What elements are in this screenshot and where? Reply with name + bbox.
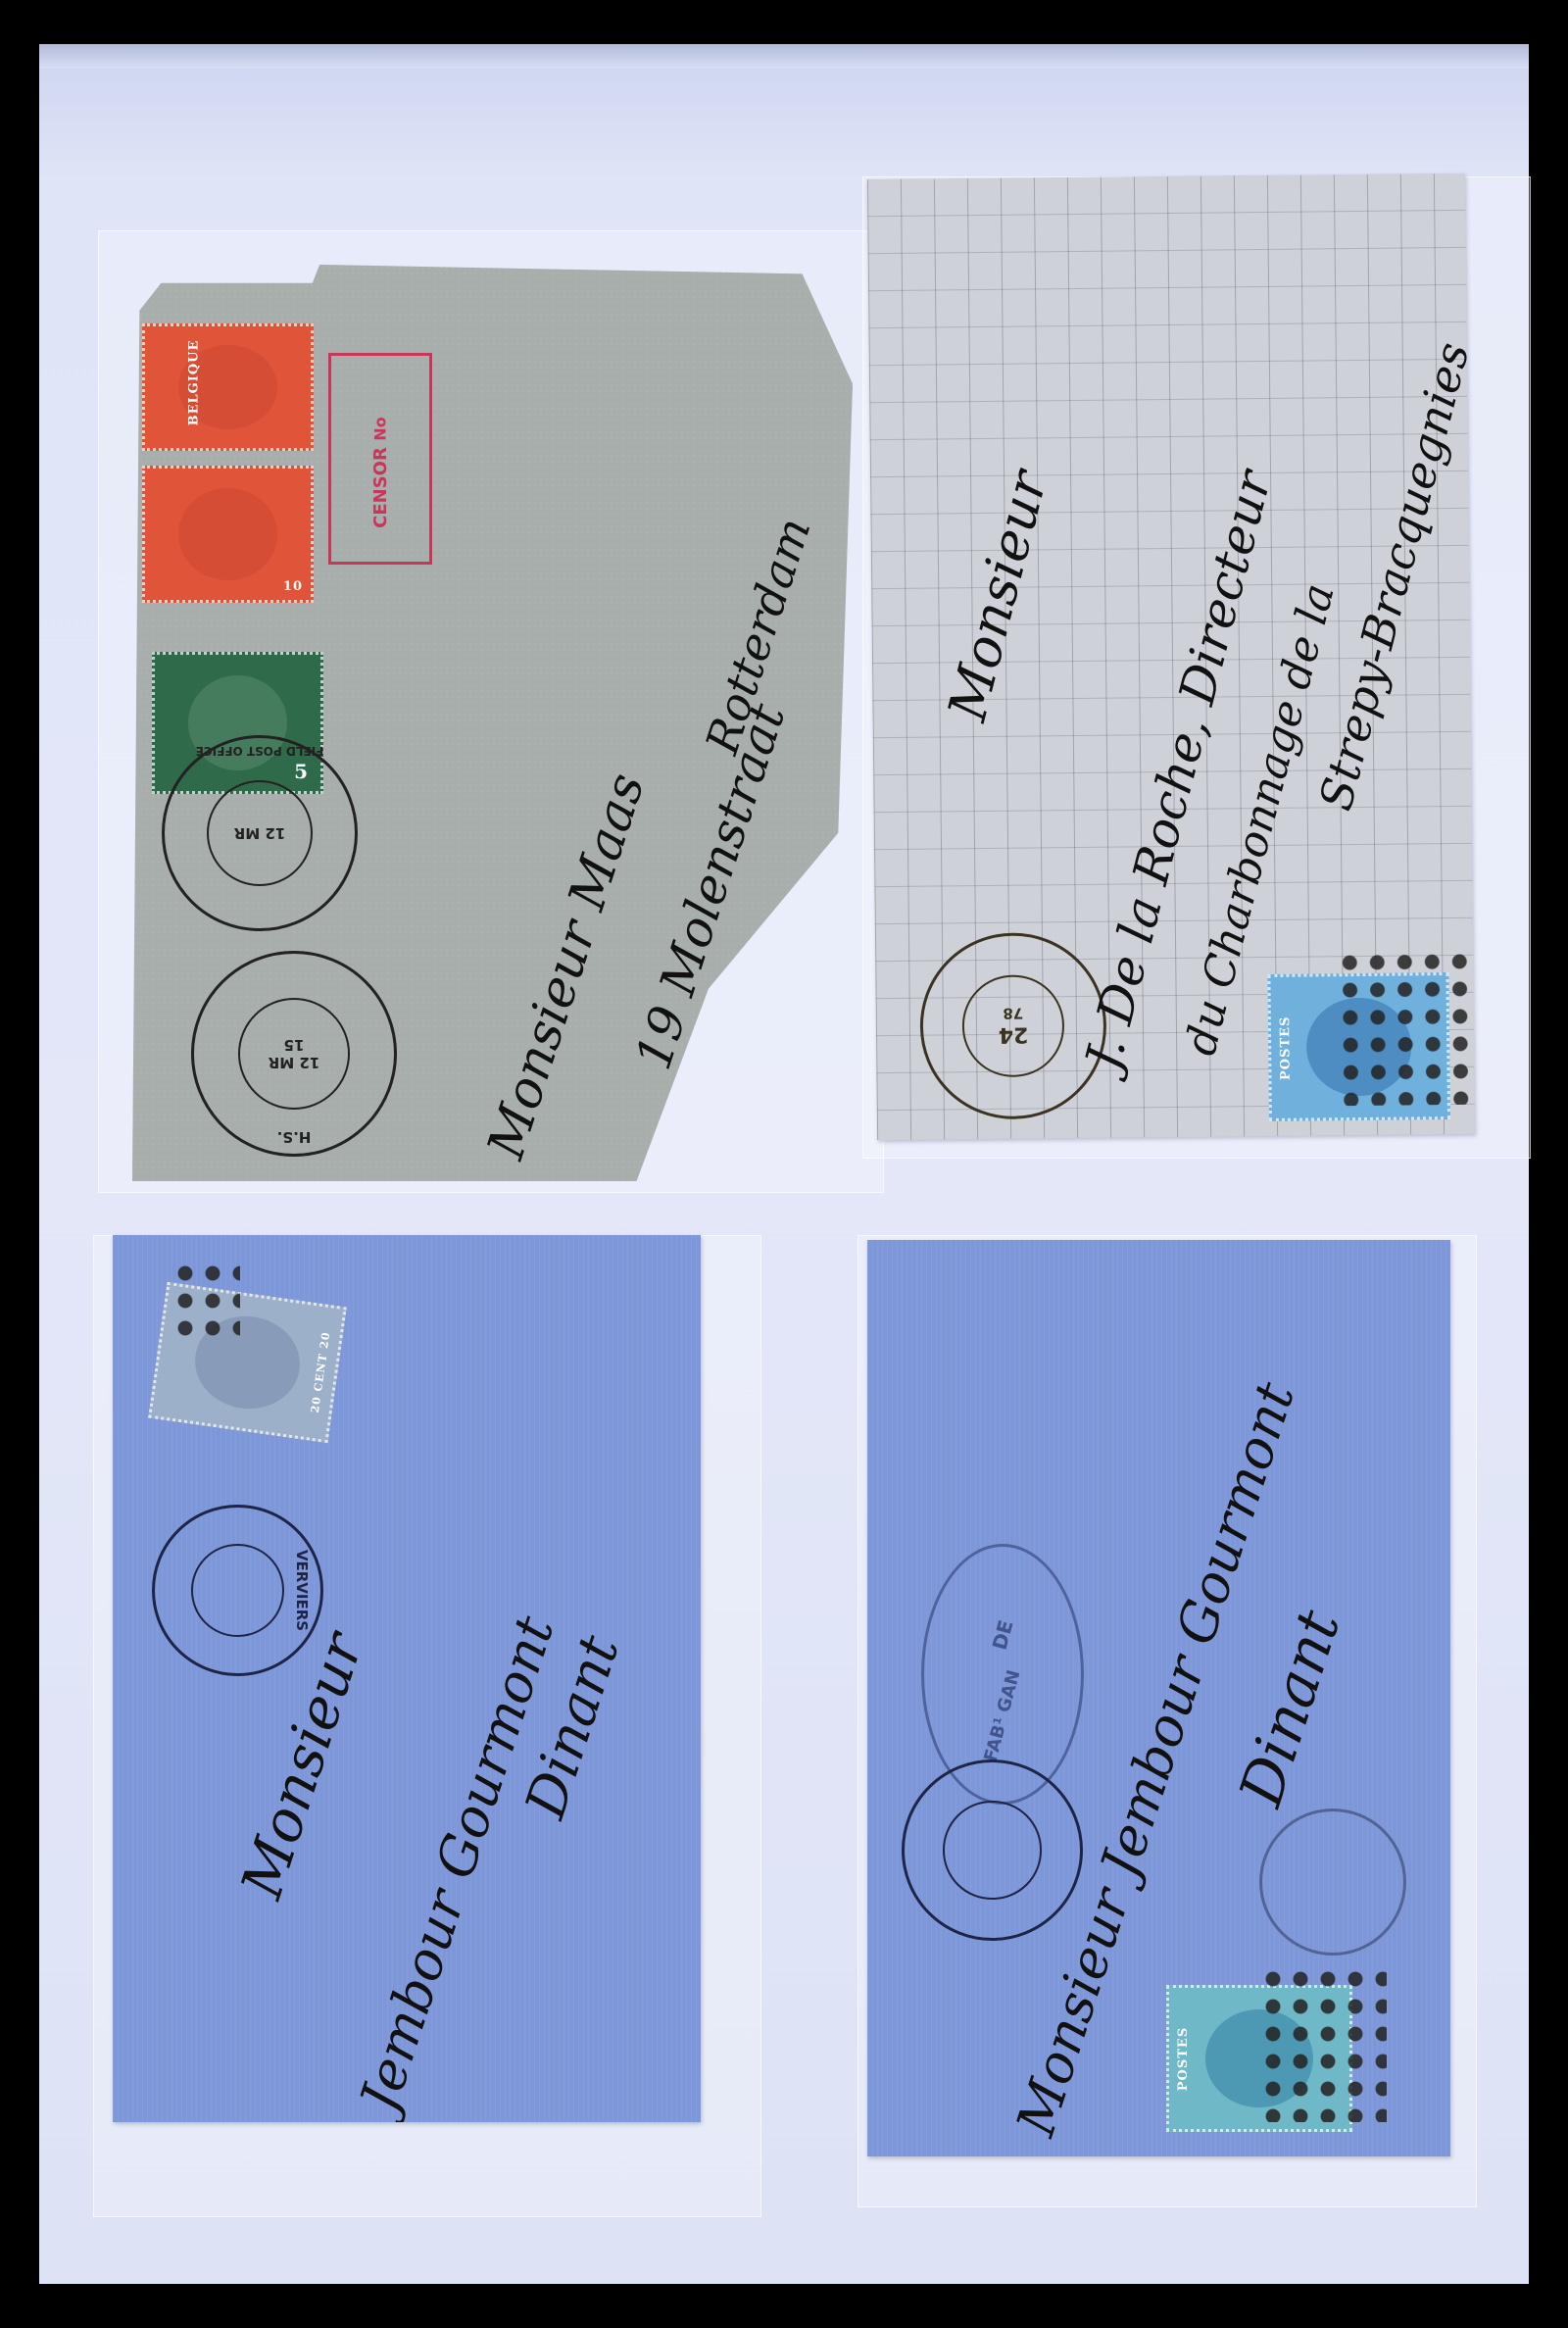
- stamp-label: POSTES: [1278, 1015, 1294, 1080]
- cover-blue-verviers[interactable]: 20 CENT 20 VERVIERS Monsieur Jembour Gou…: [113, 1235, 701, 2122]
- address-line-4: Strepy-Bracquegnies: [1308, 337, 1475, 816]
- handstamp-line-2: FAB¹ GAN: [980, 1667, 1024, 1763]
- postmark-departure: [902, 1759, 1083, 1941]
- postmark-date: 12 MR: [269, 1054, 320, 1071]
- postmark-field-post-1: 12 MR FIELD POST OFFICE: [162, 735, 358, 931]
- postmark-arrival: [1259, 1808, 1406, 1956]
- handstamp-line-1: DE: [987, 1617, 1017, 1652]
- postmark-code: H.S.: [277, 1128, 312, 1146]
- numeral-cancel: [1336, 948, 1475, 1106]
- censor-mark: No CENSOR: [328, 353, 432, 565]
- address-line-1: Monsieur: [936, 465, 1059, 727]
- album-page: BELGIQUE 10 5 No CENSOR 12 MR FIELD POST…: [39, 44, 1529, 2284]
- postmark-ring-text: FIELD POST OFFICE: [196, 744, 324, 758]
- address-line-2: Dinant: [1227, 1603, 1354, 1814]
- postmark-year: 15: [284, 1036, 305, 1054]
- cover-blue-dinant[interactable]: DE FAB¹ GAN POSTES Monsieur Jembour Gour…: [867, 1240, 1450, 2156]
- address-line-2: Jembour Gourmont: [348, 1609, 565, 2118]
- censor-label: CENSOR: [369, 447, 390, 528]
- postmark-town: VERVIERS: [152, 1505, 323, 1676]
- numeral-cancel: [171, 1260, 240, 1348]
- stamp-label: POSTES: [1176, 2027, 1191, 2091]
- stamp-portrait: [178, 488, 277, 580]
- postmark-date: 24: [999, 1022, 1029, 1047]
- stamp-red-10-b: 10: [142, 466, 314, 603]
- postmark-town: 24 78: [919, 932, 1107, 1120]
- postmark-field-post-2: 12 MR 15 H.S.: [191, 951, 397, 1157]
- stamp-country: BELGIQUE: [186, 340, 201, 426]
- stamp-value: 10: [283, 579, 303, 594]
- cover-ledger[interactable]: 24 78 POSTES Monsieur J. De la Roche, Di…: [867, 173, 1475, 1140]
- postmark-ring-text: VERVIERS: [293, 1550, 311, 1631]
- postmark-year: 78: [1003, 1005, 1023, 1022]
- stamp-red-10-a: BELGIQUE: [142, 323, 314, 451]
- numeral-cancel: [1259, 1965, 1387, 2122]
- stamp-value: 20 CENT 20: [309, 1331, 333, 1414]
- censor-no: No: [370, 417, 389, 440]
- address-line-1: Monsieur Maas: [476, 767, 656, 1165]
- postmark-date: 12 MR: [234, 824, 286, 842]
